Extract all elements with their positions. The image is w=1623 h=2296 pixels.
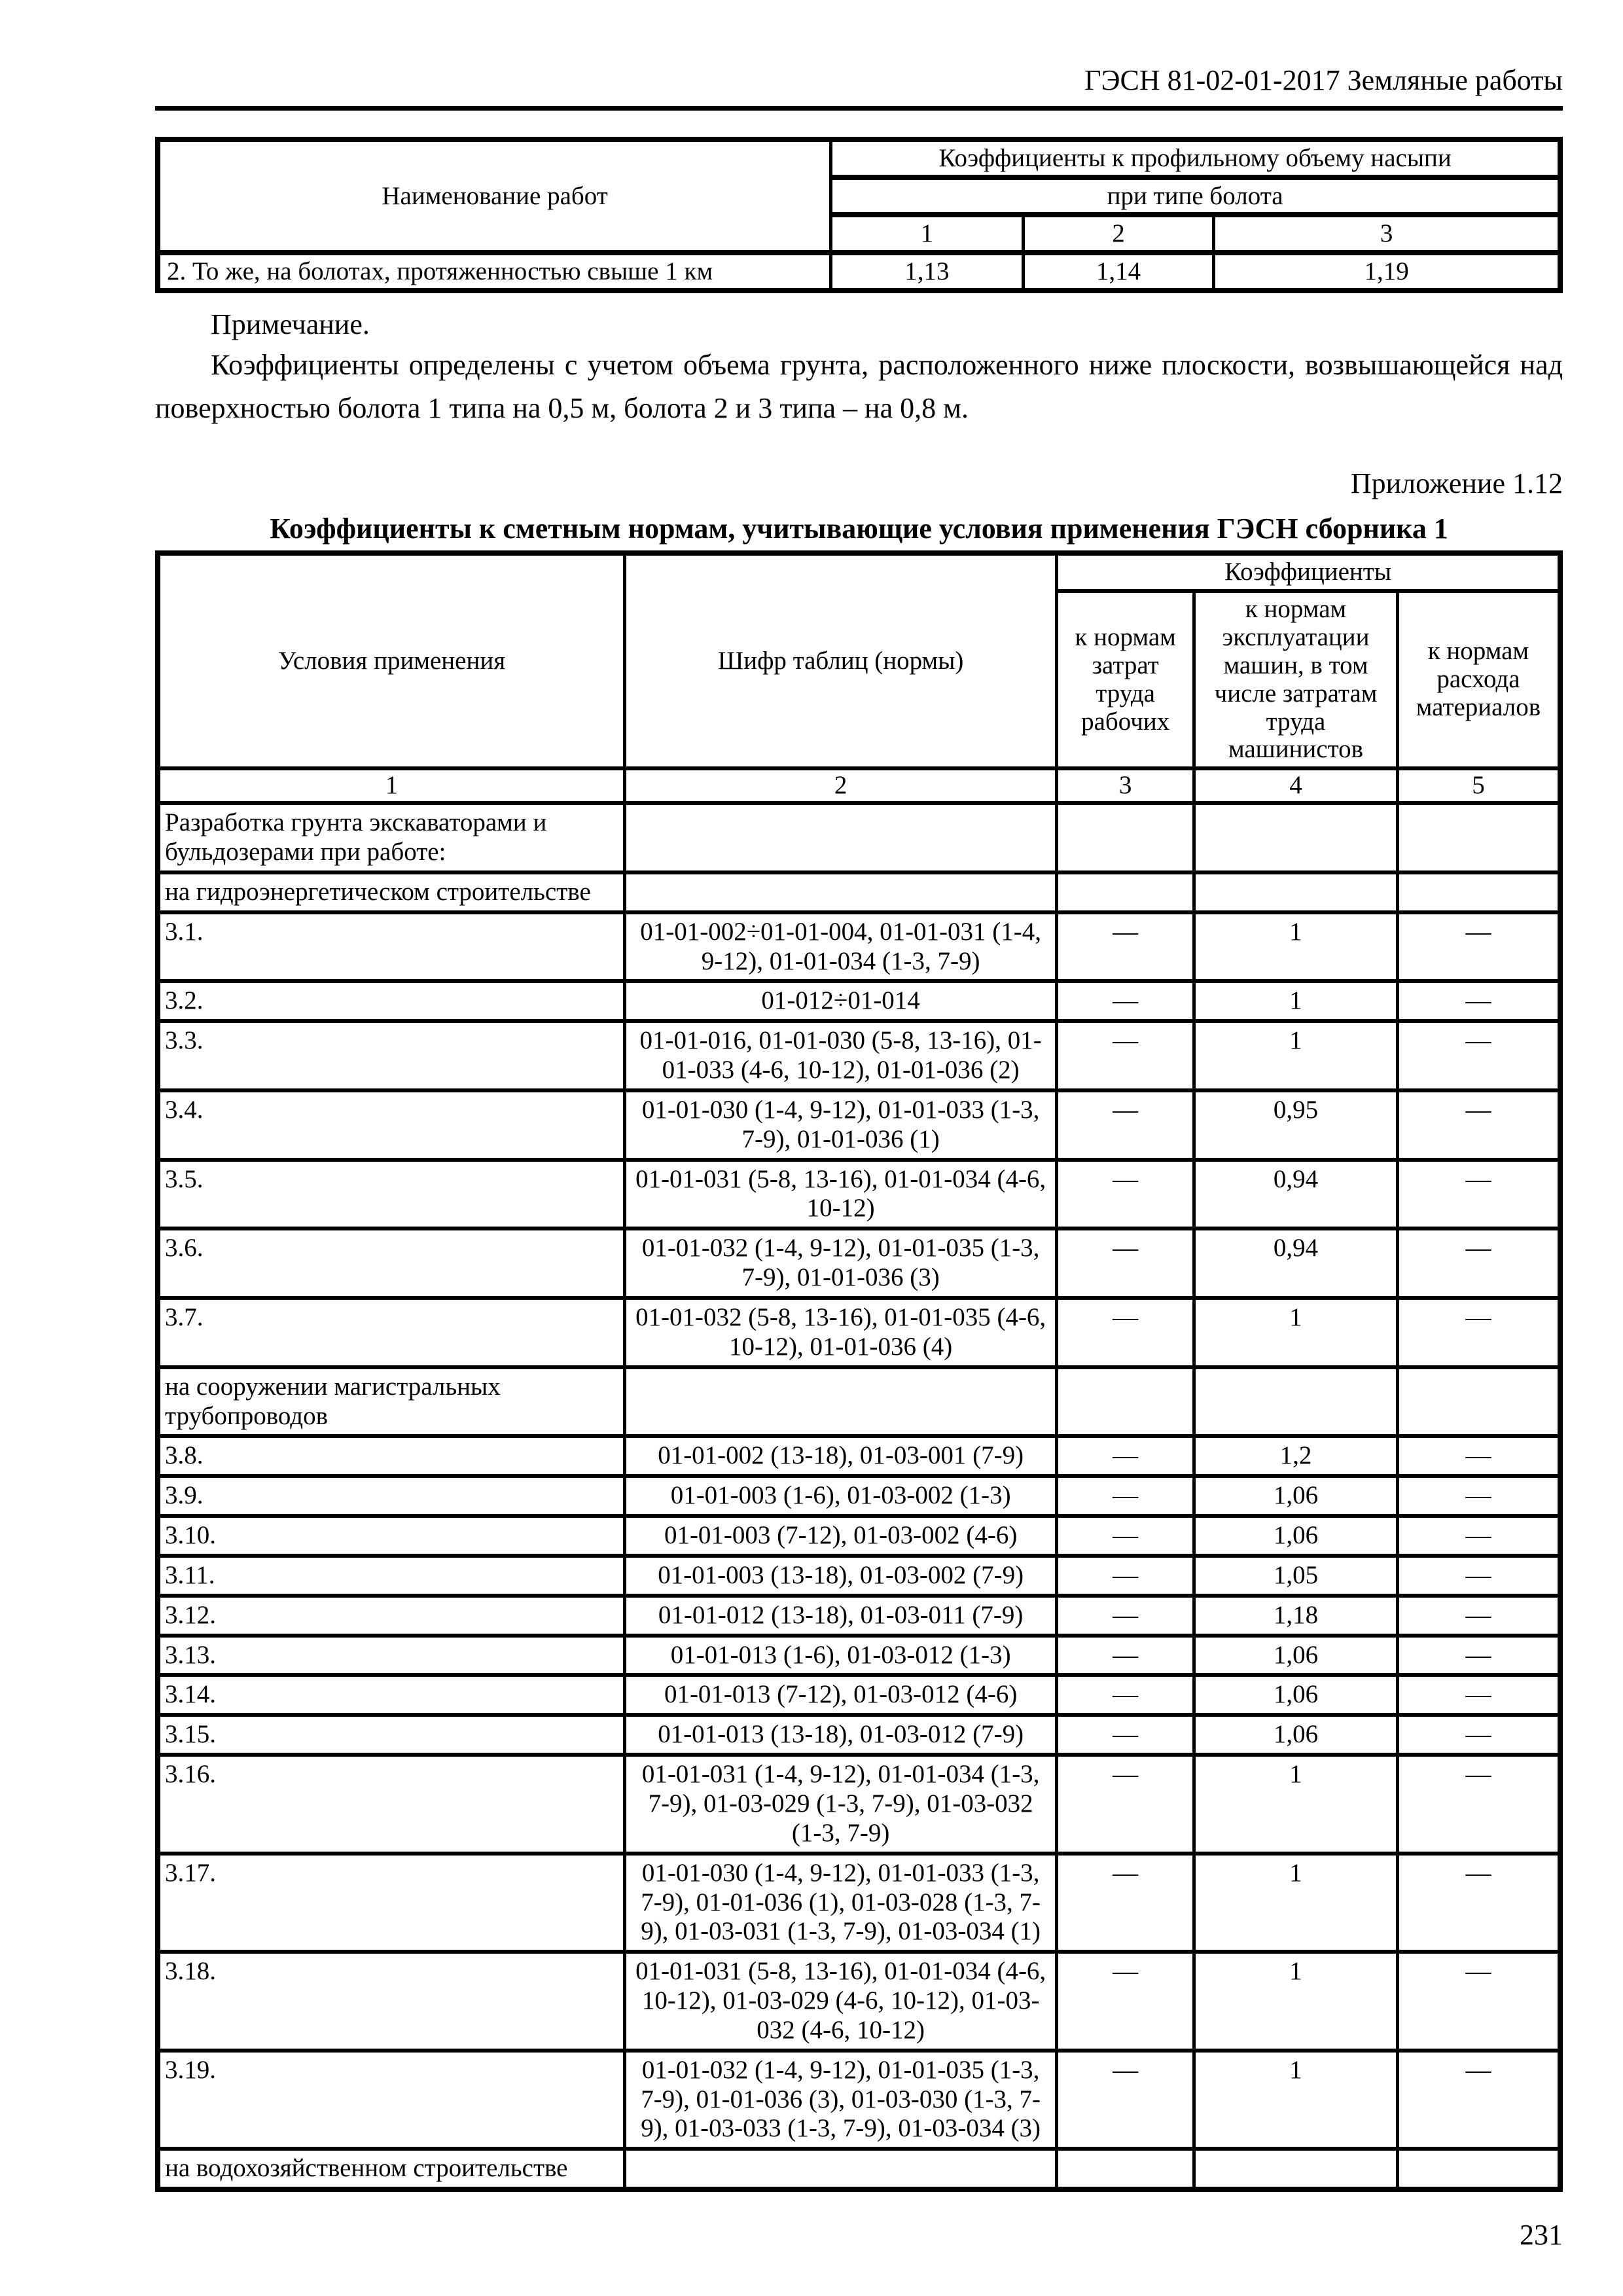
cell: 3.14.	[158, 1675, 625, 1715]
swamp-coefficients-table: Наименование работ Коэффициенты к профил…	[155, 137, 1563, 293]
table-row: 3.12.01-01-012 (13-18), 01-03-011 (7-9)—…	[158, 1596, 1560, 1636]
cell	[1397, 803, 1560, 872]
cell: 3.9.	[158, 1476, 625, 1516]
cell: 3.3.	[158, 1021, 625, 1090]
coeff-span-header: Коэффициенты	[1057, 553, 1560, 591]
cell: 1,18	[1194, 1596, 1398, 1636]
cell	[1194, 1367, 1398, 1437]
cell: 3.11.	[158, 1556, 625, 1596]
appendix-label: Приложение 1.12	[155, 467, 1563, 500]
cell	[1057, 803, 1194, 872]
cell	[1194, 803, 1398, 872]
cell: 01-01-002÷01-01-004, 01-01-031 (1-4, 9-1…	[625, 912, 1057, 982]
cell: 01-01-032 (1-4, 9-12), 01-01-035 (1-3, 7…	[625, 2051, 1057, 2149]
swamp-table-sub-header: при типе болота	[831, 177, 1560, 215]
cell: —	[1397, 1952, 1560, 2051]
cell	[1057, 2149, 1194, 2189]
cell: 0,95	[1194, 1090, 1398, 1160]
cell: 1	[1194, 1021, 1398, 1090]
coeff-num-col-3: 3	[1057, 768, 1194, 803]
cell: —	[1397, 2051, 1560, 2149]
cell: 01-01-013 (13-18), 01-03-012 (7-9)	[625, 1715, 1057, 1755]
cell: 3.17.	[158, 1854, 625, 1952]
table-row: 3.6.01-01-032 (1-4, 9-12), 01-01-035 (1-…	[158, 1229, 1560, 1298]
cell: 3.10.	[158, 1516, 625, 1556]
cell	[625, 1367, 1057, 1437]
cell: —	[1397, 1436, 1560, 1476]
cell: 3.8.	[158, 1436, 625, 1476]
cell: 3.18.	[158, 1952, 625, 2051]
cell: 3.6.	[158, 1229, 625, 1298]
cell: 0,94	[1194, 1229, 1398, 1298]
cell: 1,06	[1194, 1675, 1398, 1715]
cell: 3.4.	[158, 1090, 625, 1160]
cell: —	[1057, 912, 1194, 982]
cell: —	[1057, 1298, 1194, 1367]
cell: —	[1397, 1715, 1560, 1755]
table-row: 3.1.01-01-002÷01-01-004, 01-01-031 (1-4,…	[158, 912, 1560, 982]
cell: —	[1057, 1516, 1194, 1556]
cell: Разработка грунта экскаваторами и бульдо…	[158, 803, 625, 872]
cell: —	[1397, 1755, 1560, 1854]
cell: —	[1397, 1675, 1560, 1715]
swamp-table-name-header: Наименование работ	[158, 139, 831, 253]
cell	[1057, 872, 1194, 912]
coeff-num-col-1: 1	[158, 768, 625, 803]
cell: 3.7.	[158, 1298, 625, 1367]
cell: 1	[1194, 912, 1398, 982]
cell: —	[1057, 1675, 1194, 1715]
table-row: на водохозяйственном строительстве	[158, 2149, 1560, 2189]
coeff-table-title: Коэффициенты к сметным нормам, учитывающ…	[155, 512, 1563, 545]
coeff-col2-header: Шифр таблиц (нормы)	[625, 553, 1057, 768]
cell: —	[1397, 1476, 1560, 1516]
swamp-table-span-header: Коэффициенты к профильному объему насыпи	[831, 139, 1560, 177]
cell: —	[1057, 1556, 1194, 1596]
cell: —	[1397, 1021, 1560, 1090]
coeff-num-col-5: 5	[1397, 768, 1560, 803]
cell: 1,14	[1023, 253, 1213, 291]
cell: —	[1057, 1854, 1194, 1952]
table-row: 2. То же, на болотах, протяженностью свы…	[158, 253, 1560, 291]
coeff-col4-header: к нормам эксплуатации машин, в том числе…	[1194, 591, 1398, 768]
cell: —	[1397, 981, 1560, 1021]
cell	[1397, 1367, 1560, 1437]
cell	[1057, 1367, 1194, 1437]
cell: —	[1397, 1229, 1560, 1298]
table-row: 3.8.01-01-002 (13-18), 01-03-001 (7-9)—1…	[158, 1436, 1560, 1476]
table-row: 3.4.01-01-030 (1-4, 9-12), 01-01-033 (1-…	[158, 1090, 1560, 1160]
table-row: 3.14.01-01-013 (7-12), 01-03-012 (4-6)—1…	[158, 1675, 1560, 1715]
table-row: 3.16.01-01-031 (1-4, 9-12), 01-01-034 (1…	[158, 1755, 1560, 1854]
cell: —	[1057, 1636, 1194, 1676]
cell: 3.15.	[158, 1715, 625, 1755]
cell	[625, 872, 1057, 912]
cell: 1,05	[1194, 1556, 1398, 1596]
cell: —	[1057, 1436, 1194, 1476]
table-row: 3.11.01-01-003 (13-18), 01-03-002 (7-9)—…	[158, 1556, 1560, 1596]
cell	[625, 2149, 1057, 2189]
cell: 1	[1194, 1854, 1398, 1952]
table-row: 3.10.01-01-003 (7-12), 01-03-002 (4-6)—1…	[158, 1516, 1560, 1556]
cell: 01-01-012 (13-18), 01-03-011 (7-9)	[625, 1596, 1057, 1636]
cell: 1	[1194, 981, 1398, 1021]
cell: 2. То же, на болотах, протяженностью свы…	[158, 253, 831, 291]
cell: на водохозяйственном строительстве	[158, 2149, 625, 2189]
table-row: 3.9.01-01-003 (1-6), 01-03-002 (1-3)—1,0…	[158, 1476, 1560, 1516]
table-row: 3.7.01-01-032 (5-8, 13-16), 01-01-035 (4…	[158, 1298, 1560, 1367]
table-row: Разработка грунта экскаваторами и бульдо…	[158, 803, 1560, 872]
swamp-type-col-2: 2	[1023, 215, 1213, 253]
page-number: 231	[155, 2218, 1563, 2251]
cell: —	[1397, 1854, 1560, 1952]
cell: —	[1397, 1160, 1560, 1229]
cell: —	[1057, 1021, 1194, 1090]
cell: 3.1.	[158, 912, 625, 982]
note-heading: Примечание.	[155, 305, 1563, 344]
cell: 3.5.	[158, 1160, 625, 1229]
table-row: 3.15.01-01-013 (13-18), 01-03-012 (7-9)—…	[158, 1715, 1560, 1755]
cell: —	[1057, 1952, 1194, 2051]
cell: 3.2.	[158, 981, 625, 1021]
coeff-col5-header: к нормам расхода материалов	[1397, 591, 1560, 768]
cell: —	[1397, 912, 1560, 982]
coeff-col1-header: Условия применения	[158, 553, 625, 768]
cell: 1,06	[1194, 1516, 1398, 1556]
cell: —	[1397, 1298, 1560, 1367]
cell: 01-01-030 (1-4, 9-12), 01-01-033 (1-3, 7…	[625, 1854, 1057, 1952]
cell: —	[1397, 1556, 1560, 1596]
cell: —	[1397, 1596, 1560, 1636]
cell: —	[1057, 1229, 1194, 1298]
cell: 01-01-013 (7-12), 01-03-012 (4-6)	[625, 1675, 1057, 1715]
cell: 01-01-031 (1-4, 9-12), 01-01-034 (1-3, 7…	[625, 1755, 1057, 1854]
cell: —	[1057, 1160, 1194, 1229]
cell: 1,06	[1194, 1715, 1398, 1755]
table-row: 3.18.01-01-031 (5-8, 13-16), 01-01-034 (…	[158, 1952, 1560, 2051]
swamp-type-col-3: 3	[1214, 215, 1560, 253]
application-coefficients-table: Условия применения Шифр таблиц (нормы) К…	[155, 550, 1563, 2192]
coeff-num-col-2: 2	[625, 768, 1057, 803]
cell: 01-01-032 (1-4, 9-12), 01-01-035 (1-3, 7…	[625, 1229, 1057, 1298]
cell: 0,94	[1194, 1160, 1398, 1229]
swamp-type-col-1: 1	[831, 215, 1024, 253]
cell: на гидроэнергетическом строительстве	[158, 872, 625, 912]
note-text: Коэффициенты определены с учетом объема …	[155, 344, 1563, 430]
cell: на сооружении магистральных трубопроводо…	[158, 1367, 625, 1437]
cell: 01-01-032 (5-8, 13-16), 01-01-035 (4-6, …	[625, 1298, 1057, 1367]
cell: —	[1057, 2051, 1194, 2149]
cell: 3.19.	[158, 2051, 625, 2149]
cell: 1,06	[1194, 1476, 1398, 1516]
cell: 01-01-003 (1-6), 01-03-002 (1-3)	[625, 1476, 1057, 1516]
table-row: 3.3.01-01-016, 01-01-030 (5-8, 13-16), 0…	[158, 1021, 1560, 1090]
cell: 3.13.	[158, 1636, 625, 1676]
running-head: ГЭСН 81-02-01-2017 Земляные работы	[155, 62, 1563, 111]
cell: 01-01-031 (5-8, 13-16), 01-01-034 (4-6, …	[625, 1952, 1057, 2051]
cell: 1,06	[1194, 1636, 1398, 1676]
coeff-col3-header: к нормам затрат труда рабочих	[1057, 591, 1194, 768]
cell: —	[1057, 1090, 1194, 1160]
cell: 1	[1194, 2051, 1398, 2149]
coeff-num-col-4: 4	[1194, 768, 1398, 803]
cell: 1,19	[1214, 253, 1560, 291]
table-row: 3.2.01-012÷01-014—1—	[158, 981, 1560, 1021]
cell: —	[1397, 1636, 1560, 1676]
cell: —	[1397, 1516, 1560, 1556]
table-row: на сооружении магистральных трубопроводо…	[158, 1367, 1560, 1437]
cell: 1,13	[831, 253, 1024, 291]
table-row: 3.19.01-01-032 (1-4, 9-12), 01-01-035 (1…	[158, 2051, 1560, 2149]
cell: —	[1057, 1596, 1194, 1636]
cell: 01-01-031 (5-8, 13-16), 01-01-034 (4-6, …	[625, 1160, 1057, 1229]
cell: 01-01-002 (13-18), 01-03-001 (7-9)	[625, 1436, 1057, 1476]
cell	[1397, 872, 1560, 912]
cell: 1	[1194, 1298, 1398, 1367]
table-row: 3.17.01-01-030 (1-4, 9-12), 01-01-033 (1…	[158, 1854, 1560, 1952]
cell: 3.12.	[158, 1596, 625, 1636]
cell: 1	[1194, 1952, 1398, 2051]
cell	[625, 803, 1057, 872]
cell: —	[1057, 1476, 1194, 1516]
cell: 01-01-016, 01-01-030 (5-8, 13-16), 01-01…	[625, 1021, 1057, 1090]
document-page: ГЭСН 81-02-01-2017 Земляные работы Наиме…	[0, 0, 1623, 2296]
cell	[1194, 872, 1398, 912]
cell: 01-01-013 (1-6), 01-03-012 (1-3)	[625, 1636, 1057, 1676]
cell: —	[1057, 981, 1194, 1021]
cell: —	[1057, 1755, 1194, 1854]
cell: —	[1397, 1090, 1560, 1160]
cell: —	[1057, 1715, 1194, 1755]
table-row: 3.13.01-01-013 (1-6), 01-03-012 (1-3)—1,…	[158, 1636, 1560, 1676]
cell: 01-01-003 (13-18), 01-03-002 (7-9)	[625, 1556, 1057, 1596]
cell: 01-01-030 (1-4, 9-12), 01-01-033 (1-3, 7…	[625, 1090, 1057, 1160]
cell	[1194, 2149, 1398, 2189]
table-row: на гидроэнергетическом строительстве	[158, 872, 1560, 912]
cell: 3.16.	[158, 1755, 625, 1854]
cell: 1	[1194, 1755, 1398, 1854]
table-row: 3.5.01-01-031 (5-8, 13-16), 01-01-034 (4…	[158, 1160, 1560, 1229]
cell: 1,2	[1194, 1436, 1398, 1476]
cell: 01-01-003 (7-12), 01-03-002 (4-6)	[625, 1516, 1057, 1556]
cell	[1397, 2149, 1560, 2189]
cell: 01-012÷01-014	[625, 981, 1057, 1021]
